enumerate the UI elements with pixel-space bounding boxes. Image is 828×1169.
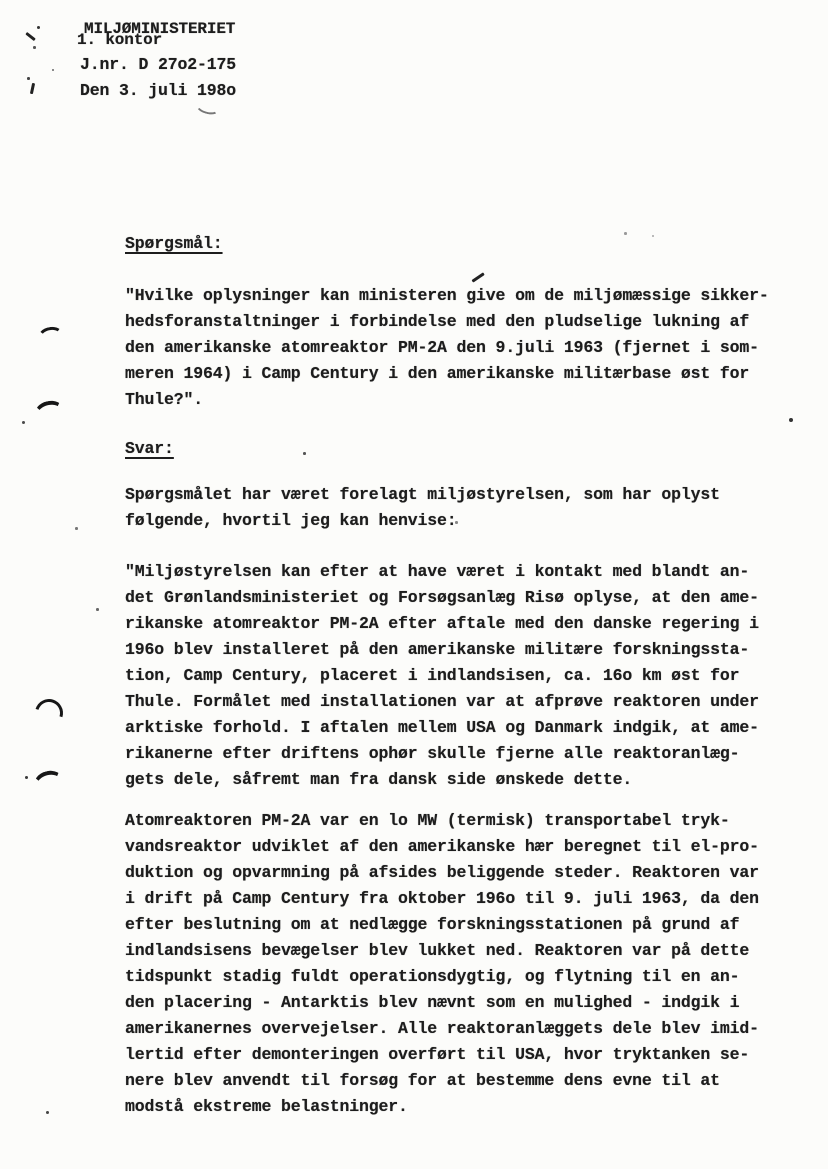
pen-stroke-artifact — [471, 272, 484, 282]
scan-dot-artifact — [46, 1111, 49, 1114]
scan-dot-artifact — [37, 26, 40, 29]
scan-arc-artifact — [32, 768, 67, 799]
scan-dot-artifact — [455, 521, 458, 524]
reactor-description-paragraph: Atomreaktoren PM-2A var en lo MW (termis… — [125, 808, 759, 1120]
answer-intro-text: Spørgsmålet har været forelagt miljøstyr… — [125, 482, 720, 534]
scan-dot-artifact — [27, 77, 30, 80]
scan-dot-artifact — [75, 527, 78, 530]
scan-dot-artifact — [22, 421, 25, 424]
document-date: Den 3. juli 198o — [80, 82, 236, 100]
scan-dot-artifact — [96, 608, 99, 611]
scan-mark-artifact — [25, 32, 36, 41]
scan-arc-artifact — [30, 694, 68, 732]
scan-dot-artifact — [52, 69, 54, 71]
scan-dot-artifact — [33, 46, 36, 49]
agency-statement-paragraph: "Miljøstyrelsen kan efter at have været … — [125, 559, 759, 793]
scan-smudge-artifact — [195, 97, 222, 116]
scan-mark-artifact — [30, 83, 35, 94]
scan-arc-artifact — [33, 398, 66, 426]
scan-dot-artifact — [303, 452, 306, 455]
scanned-document-page: MILJØMINISTERIET 1. kontor J.nr. D 27o2-… — [0, 0, 828, 1169]
office-line: 1. kontor — [77, 31, 162, 49]
scan-dot-artifact — [624, 232, 627, 235]
question-heading: Spørgsmål: — [125, 231, 223, 257]
scan-arc-artifact — [37, 325, 66, 349]
journal-number: J.nr. D 27o2-175 — [80, 56, 236, 74]
scan-dot-artifact — [652, 235, 654, 237]
answer-heading: Svar: — [125, 436, 174, 462]
scan-dot-artifact — [789, 418, 793, 422]
scan-dot-artifact — [25, 776, 28, 779]
question-text: "Hvilke oplysninger kan ministeren give … — [125, 283, 769, 413]
